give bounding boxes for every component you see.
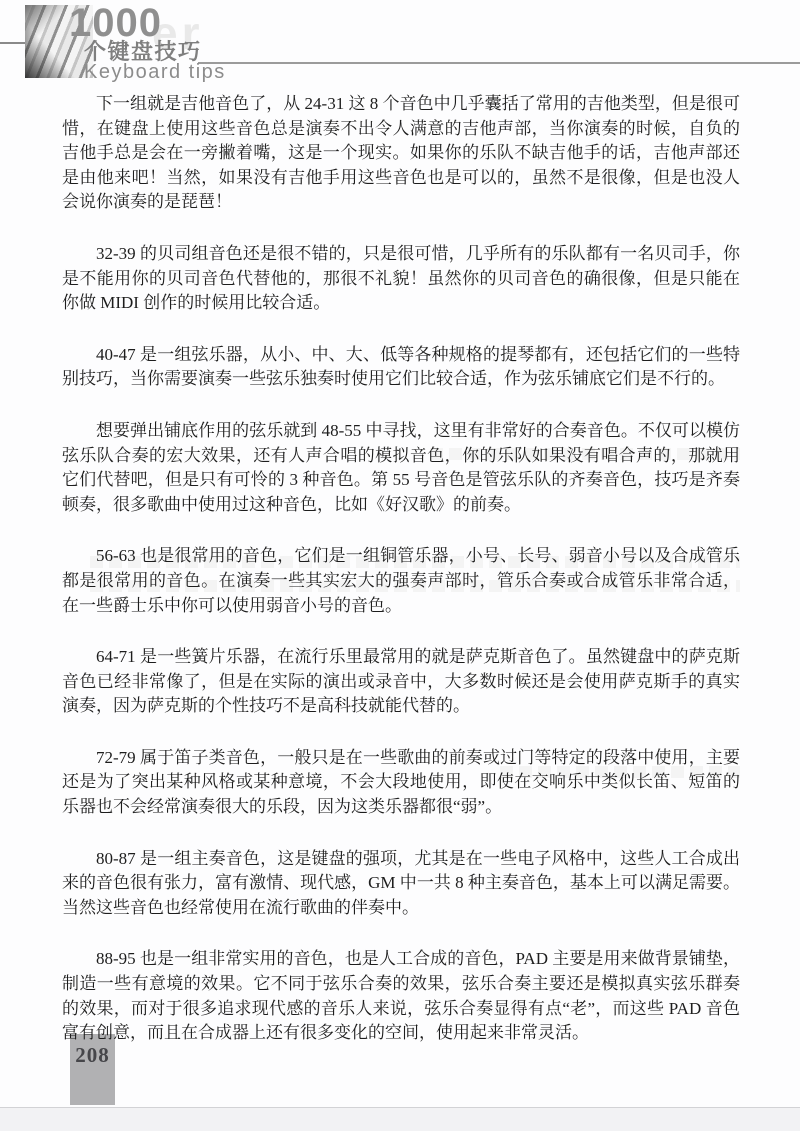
book-page: er 1000 个键盘技巧 Keyboard tips 下一组就是吉他音色了，从… <box>0 0 800 1131</box>
header-left-rule <box>0 42 27 44</box>
header-rule <box>198 62 800 64</box>
paragraph-reed-64-71: 64-71 是一些簧片乐器，在流行乐里最常用的就是萨克斯音色了。虽然键盘中的萨克… <box>62 645 740 719</box>
page-number: 208 <box>75 1043 110 1068</box>
paragraph-pad-88-95: 88-95 也是一组非常实用的音色，也是人工合成的音色，PAD 主要是用来做背景… <box>62 947 740 1045</box>
paragraph-strings-40-47: 40-47 是一组弦乐器，从小、中、大、低等各种规格的提琴都有，还包括它们的一些… <box>62 343 740 392</box>
paragraph-guitar-24-31: 下一组就是吉他音色了，从 24-31 这 8 个音色中几乎囊括了常用的吉他类型，… <box>62 92 740 215</box>
paragraph-brass-56-63: 56-63 也是很常用的音色，它们是一组铜管乐器，小号、长号、弱音小号以及合成管… <box>62 544 740 618</box>
paragraph-pipe-72-79: 72-79 属于笛子类音色，一般只是在一些歌曲的前奏或过门等特定的段落中使用，主… <box>62 746 740 820</box>
logo-title-cn: 个键盘技巧 <box>84 41 202 63</box>
paragraph-bass-32-39: 32-39 的贝司组音色还是很不错的，只是很可惜，几乎所有的乐队都有一名贝司手，… <box>62 242 740 316</box>
page-body: 下一组就是吉他音色了，从 24-31 这 8 个音色中几乎囊括了常用的吉他类型，… <box>62 92 740 1046</box>
paragraph-ensemble-48-55: 想要弹出铺底作用的弦乐就到 48-55 中寻找，这里有非常好的合奏音色。不仅可以… <box>62 419 740 517</box>
scan-bottom-edge <box>0 1107 800 1131</box>
paragraph-lead-80-87: 80-87 是一组主奏音色，这是键盘的强项，尤其是在一些电子风格中，这些人工合成… <box>62 847 740 921</box>
logo-title-en: Keyboard tips <box>84 62 226 82</box>
logo-number: 1000 <box>69 3 162 43</box>
